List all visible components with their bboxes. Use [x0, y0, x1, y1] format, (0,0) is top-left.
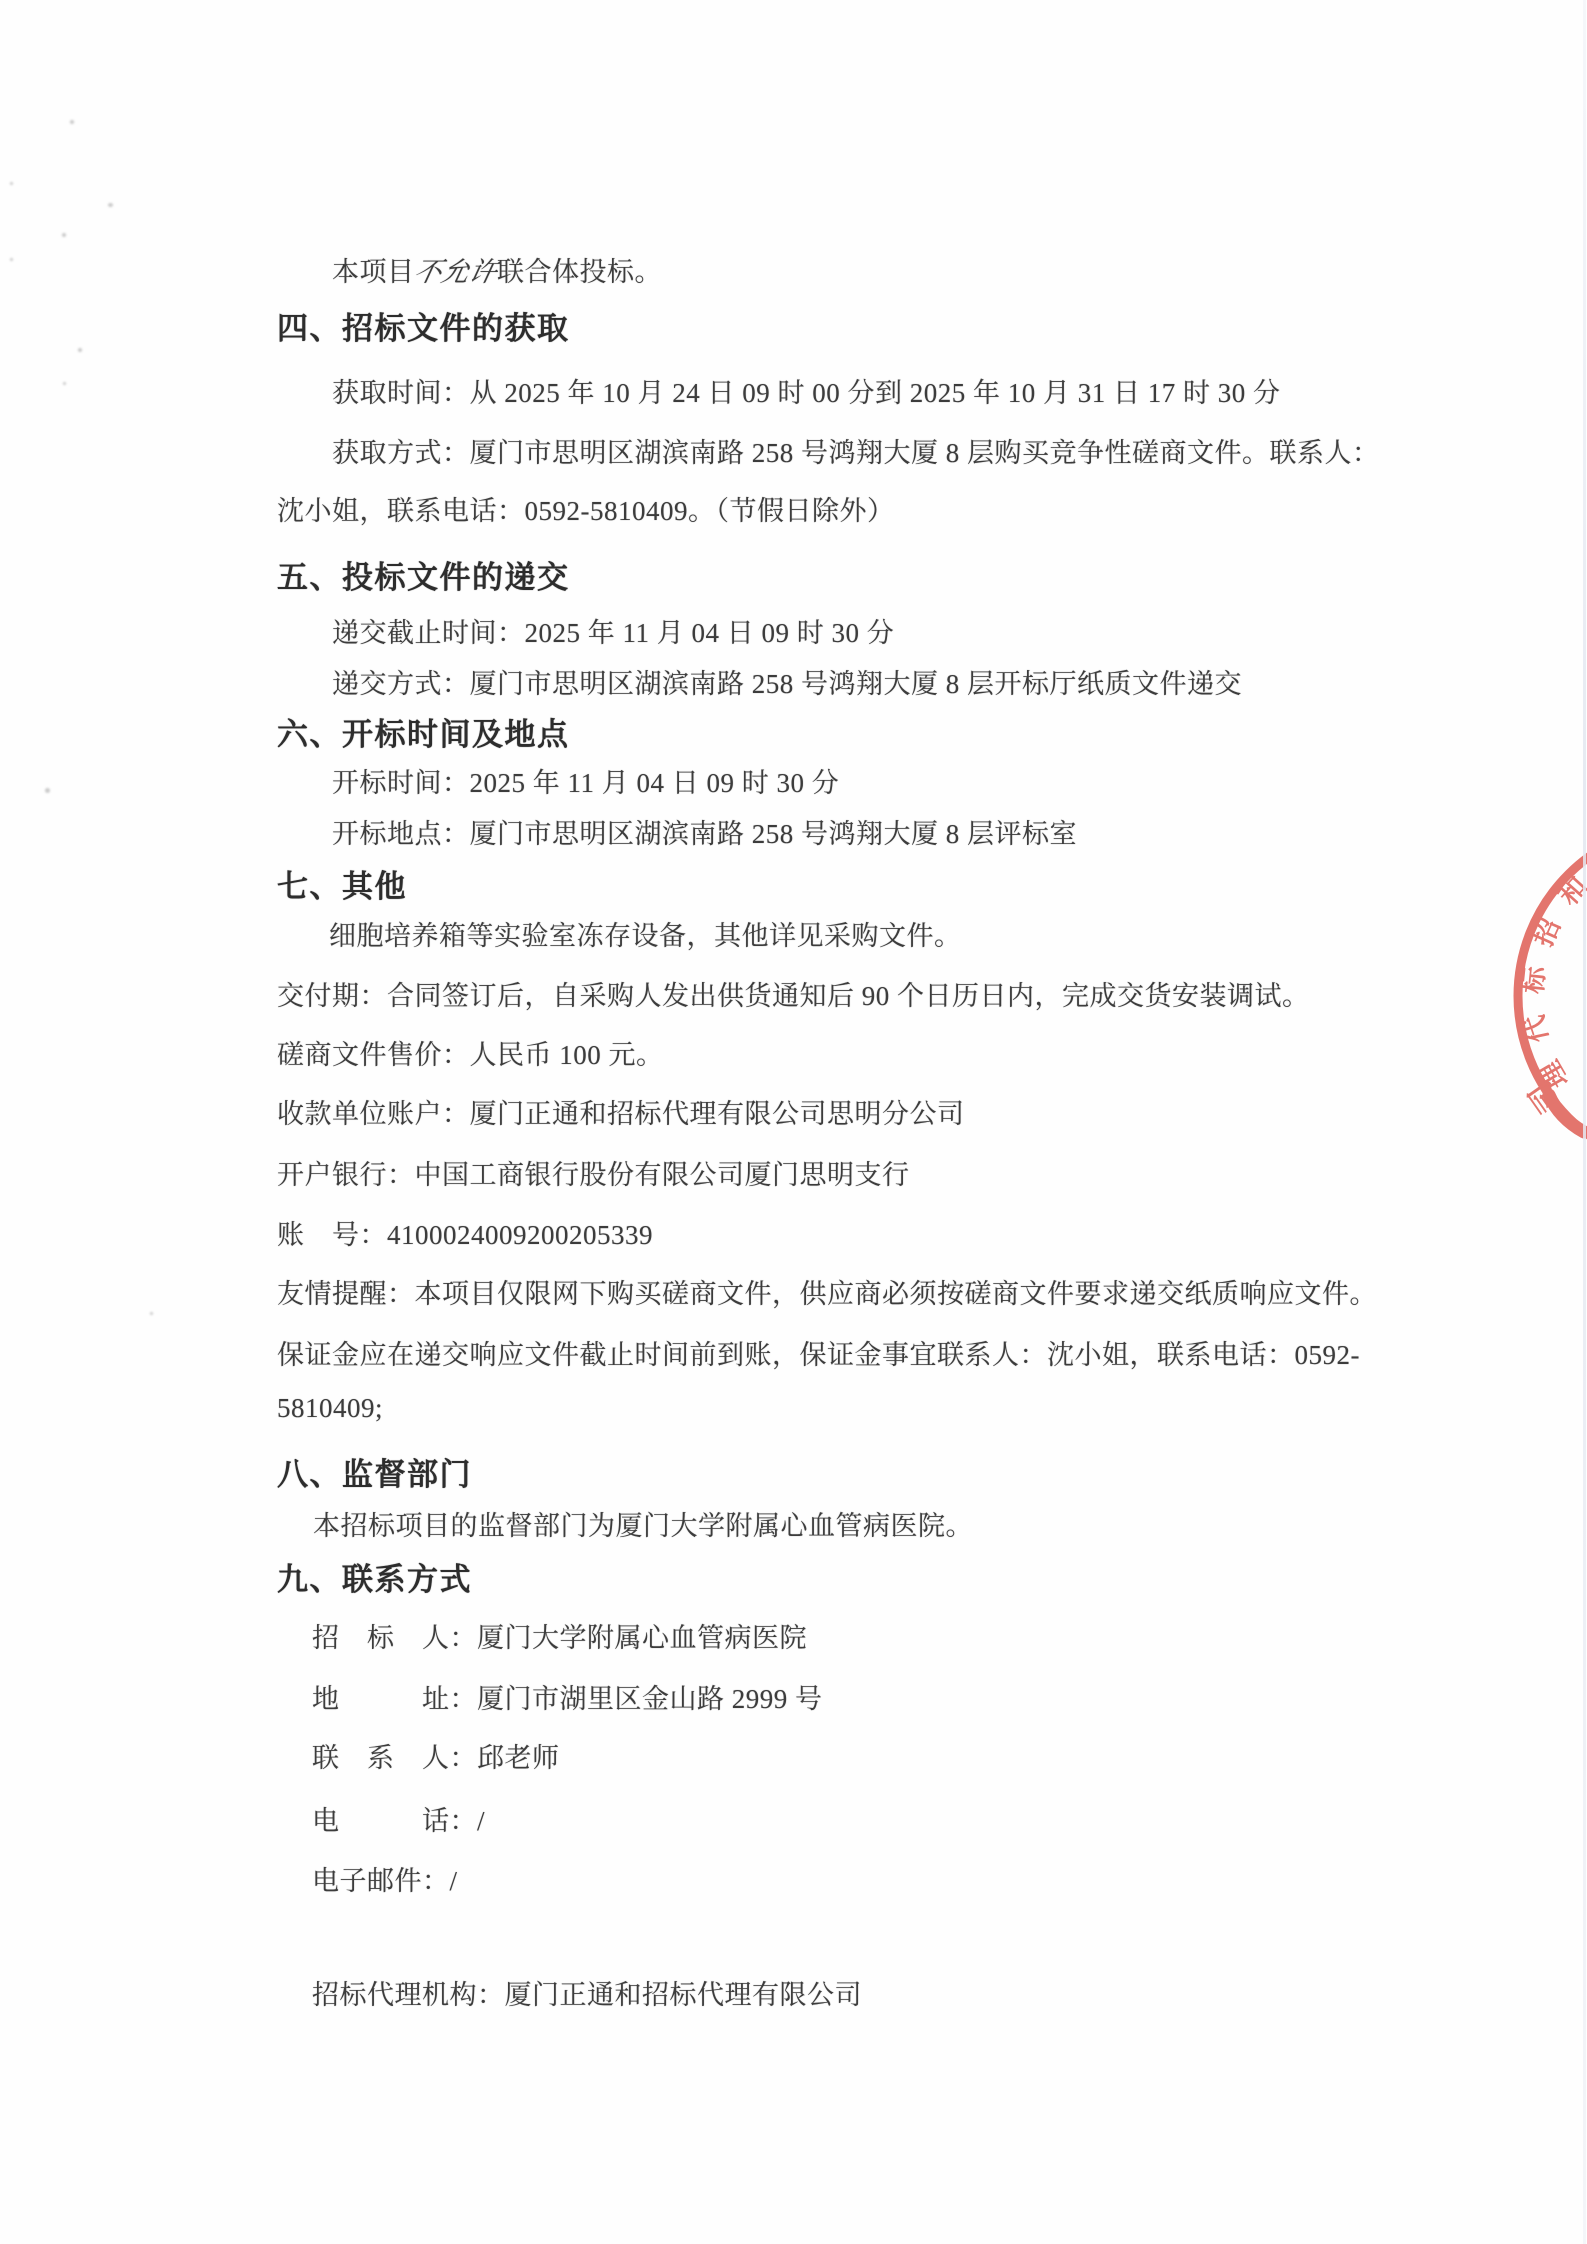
- section-7-account-number: 账 号：4100024009200205339: [277, 1213, 653, 1252]
- page-edge-shadow: [1583, 0, 1586, 2244]
- contact-label: 电 话：: [312, 1806, 477, 1836]
- red-seal-stamp: 和 招 标 代 理 司: [1493, 848, 1587, 1150]
- section-6-open-place: 开标地点：厦门市思明区湖滨南路 258 号鸿翔大厦 8 层评标室: [332, 812, 1077, 851]
- section-7-bank: 开户银行：中国工商银行股份有限公司厦门思明支行: [277, 1153, 910, 1192]
- section-7-document-price: 磋商文件售价：人民币 100 元。: [277, 1033, 664, 1072]
- section-4-heading: 四、招标文件的获取: [277, 303, 570, 348]
- contact-value: /: [450, 1866, 458, 1896]
- contact-value: 邱老师: [477, 1743, 560, 1773]
- seal-glyph: 代: [1519, 1013, 1554, 1046]
- section-5-heading: 五、投标文件的递交: [277, 552, 570, 597]
- intro-line: 本项目不允许联合体投标。: [332, 250, 662, 289]
- section-6-heading: 六、开标时间及地点: [277, 709, 570, 754]
- agency-value: 厦门正通和招标代理有限公司: [505, 1980, 863, 2010]
- agency-label: 招标代理机构：: [312, 1980, 505, 2010]
- intro-suffix: 联合体投标。: [497, 257, 662, 287]
- scan-speck: [62, 233, 66, 237]
- section-8-heading: 八、监督部门: [277, 1449, 472, 1494]
- section-7-heading: 七、其他: [277, 861, 407, 906]
- section-4-obtain-method: 获取方式：厦门市思明区湖滨南路 258 号鸿翔大厦 8 层购买竞争性磋商文件。联…: [332, 431, 1380, 470]
- intro-prefix: 本项目: [332, 257, 415, 287]
- section-6-open-time: 开标时间：2025 年 11 月 04 日 09 时 30 分: [332, 761, 839, 800]
- scan-speck: [150, 1312, 153, 1315]
- contact-label: 地 址：: [312, 1684, 477, 1714]
- section-5-deadline: 递交截止时间：2025 年 11 月 04 日 09 时 30 分: [332, 611, 894, 650]
- section-7-payee-account-name: 收款单位账户：厦门正通和招标代理有限公司思明分公司: [277, 1092, 965, 1131]
- section-7-delivery-period: 交付期：合同签订后，自采购人发出供货通知后 90 个日历日内，完成交货安装调试。: [277, 974, 1310, 1013]
- contact-label: 电子邮件：: [312, 1866, 450, 1896]
- section-5-submit-method: 递交方式：厦门市思明区湖滨南路 258 号鸿翔大厦 8 层开标厅纸质文件递交: [332, 662, 1242, 701]
- scan-speck: [45, 788, 50, 793]
- agency-row: 招标代理机构：厦门正通和招标代理有限公司: [312, 1973, 862, 2012]
- section-7-equipment: 细胞培养箱等实验室冻存设备，其他详见采购文件。: [329, 914, 962, 953]
- scan-speck: [10, 258, 13, 261]
- section-7-reminder: 友情提醒：本项目仅限网下购买磋商文件，供应商必须按磋商文件要求递交纸质响应文件。: [277, 1272, 1377, 1311]
- section-9-heading: 九、联系方式: [277, 1554, 472, 1599]
- contact-label: 招 标 人：: [312, 1623, 477, 1653]
- scan-speck: [10, 182, 13, 185]
- scanned-tender-document-page: 本项目不允许联合体投标。 四、招标文件的获取 获取时间：从 2025 年 10 …: [0, 0, 1587, 2244]
- seal-glyph: 标: [1518, 964, 1551, 996]
- contact-label: 联 系 人：: [312, 1743, 477, 1773]
- contact-row-tenderee: 招 标 人：厦门大学附属心血管病医院: [312, 1616, 807, 1655]
- contact-value: /: [477, 1806, 485, 1836]
- section-7-deposit-note: 保证金应在递交响应文件截止时间前到账，保证金事宜联系人：沈小姐，联系电话：059…: [277, 1333, 1360, 1372]
- contact-row-email: 电子邮件：/: [312, 1859, 458, 1898]
- seal-glyph: 和: [1553, 871, 1587, 911]
- contact-row-person: 联 系 人：邱老师: [312, 1736, 560, 1775]
- scan-speck: [70, 120, 74, 124]
- scan-speck: [108, 203, 113, 207]
- scan-speck: [63, 382, 66, 385]
- intro-emphasis-not-allowed: 不允许: [410, 250, 501, 289]
- section-4-contact-phone: 沈小姐，联系电话：0592-5810409。（节假日除外）: [277, 489, 895, 528]
- section-4-obtain-time: 获取时间：从 2025 年 10 月 24 日 09 时 00 分到 2025 …: [332, 371, 1281, 410]
- contact-value: 厦门大学附属心血管病医院: [477, 1623, 807, 1653]
- section-7-phone-continued: 5810409;: [277, 1393, 383, 1424]
- contact-row-phone: 电 话：/: [312, 1799, 485, 1838]
- scan-speck: [78, 348, 82, 352]
- section-8-supervisor: 本招标项目的监督部门为厦门大学附属心血管病医院。: [313, 1504, 973, 1543]
- contact-value: 厦门市湖里区金山路 2999 号: [477, 1684, 823, 1714]
- contact-row-address: 地 址：厦门市湖里区金山路 2999 号: [312, 1677, 823, 1716]
